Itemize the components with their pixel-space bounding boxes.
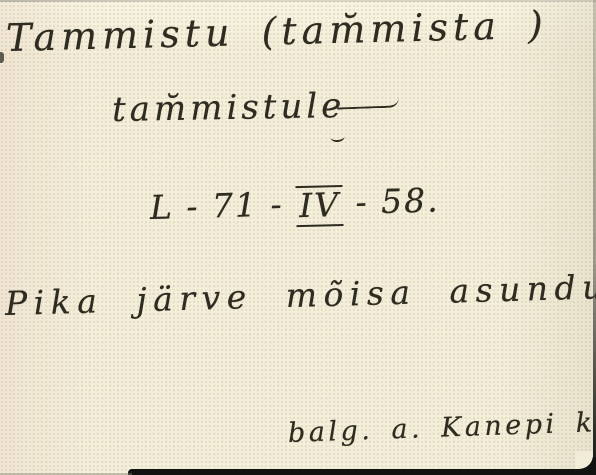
breve-under-mark (330, 131, 345, 142)
scan-corner-bottom-right (578, 457, 596, 475)
code-roman-numeral: IV (296, 185, 344, 227)
headword-line: Tammistu (tam̆mista ) (5, 3, 548, 60)
attribution-line: balg. a. Kanepi k. (287, 407, 596, 449)
pen-flourish-tail (337, 91, 400, 109)
scan-edge-notch (0, 52, 4, 63)
dative-form-text: tam̆mistule (112, 86, 346, 130)
pronunciation-line: tam̆mistule (112, 85, 400, 130)
code-prefix: L - 71 - (149, 184, 296, 227)
code-suffix: - 58. (342, 180, 440, 222)
scan-edge-top (0, 0, 596, 2)
scanned-index-card: Tammistu (tam̆mista ) tam̆mistule L - 71… (0, 0, 596, 475)
scan-edge-bottom (128, 469, 596, 475)
description-line: Pika järve mõisa asundus (4, 266, 596, 323)
reference-code: L - 71 - IV - 58. (149, 180, 440, 228)
